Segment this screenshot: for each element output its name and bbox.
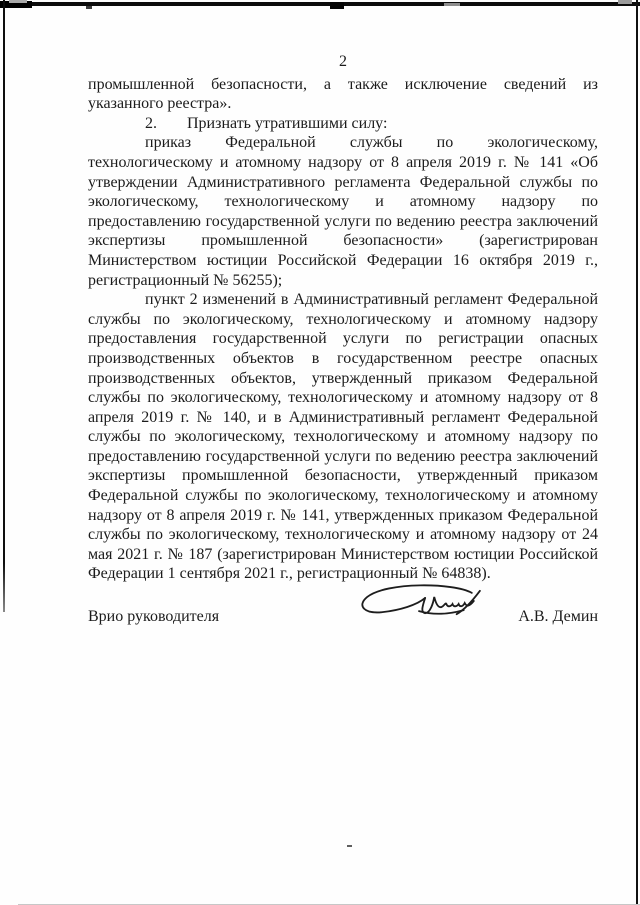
paragraph-item-2-amendments: пункт 2 изменений в Административный рег… [88, 290, 598, 584]
scan-artifact-dot [347, 845, 352, 847]
signatory-position: Врио руководителя [88, 608, 219, 626]
scan-artifact-gray [9, 0, 27, 3]
scan-artifact-tick [86, 6, 92, 9]
handwritten-signature-icon [352, 580, 484, 624]
scan-artifact-gray [618, 0, 632, 4]
list-item-2: 2.Признать утратившими силу: [88, 114, 598, 134]
signature-block: Врио руководителя А.В. Демин [88, 578, 598, 630]
list-item-2-text: Признать утратившими силу: [187, 115, 387, 132]
scan-border-top [0, 2, 640, 6]
document-content: 2 промышленной безопасности, а также иск… [88, 52, 598, 584]
list-item-2-number: 2. [145, 115, 157, 132]
paragraph-order-141: приказ Федеральной службы по экологическ… [88, 133, 598, 290]
scan-artifact-gray [444, 3, 460, 6]
document-page: 2 промышленной безопасности, а также иск… [0, 0, 640, 905]
scan-border-left [3, 0, 5, 612]
page-number: 2 [88, 52, 598, 72]
paragraph-continuation: промышленной безопасности, а также исклю… [88, 75, 598, 114]
signatory-name: А.В. Демин [518, 608, 598, 626]
scan-artifact-tick [330, 2, 344, 9]
scan-border-right [636, 0, 638, 905]
